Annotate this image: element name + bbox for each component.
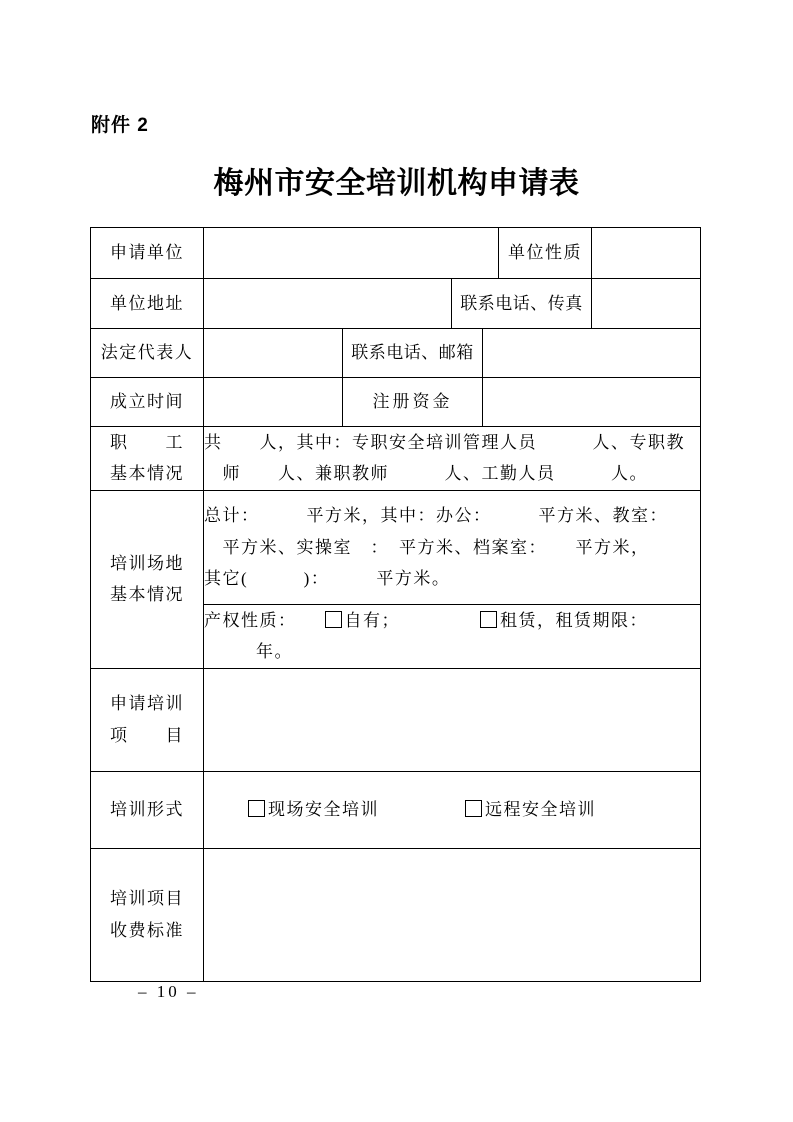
fee-standard-label-line2: 收费标准 xyxy=(91,915,203,946)
legal-representative-label: 法定代表人 xyxy=(91,329,204,378)
application-form-table: 申请单位 单位性质 单位地址 联系电话、传真 法定代表人 联系电话、邮箱 成立时… xyxy=(90,227,701,982)
staff-info-line1: 共 人，其中：专职安全培训管理人员 人、专职教 xyxy=(204,427,700,458)
fee-standard-value-cell[interactable] xyxy=(204,848,701,981)
staff-info-content-cell[interactable]: 共 人，其中：专职安全培训管理人员 人、专职教 师 人、兼职教师 人、工勤人员 … xyxy=(204,427,701,491)
unit-nature-value-cell[interactable] xyxy=(592,228,701,279)
staff-info-label-line1: 职 工 xyxy=(91,427,203,458)
training-site-label: 培训场地 基本情况 xyxy=(91,490,204,668)
option-onsite-label: 现场安全培训 xyxy=(268,800,379,819)
table-row: 培训项目 收费标准 xyxy=(91,848,701,981)
table-row: 法定代表人 联系电话、邮箱 xyxy=(91,329,701,378)
attachment-label: 附件 2 xyxy=(91,110,149,137)
checkbox-rent-icon[interactable] xyxy=(480,611,497,628)
page-number: – 10 – xyxy=(138,982,199,1002)
unit-address-value-cell[interactable] xyxy=(204,279,452,329)
ownership-own-label: 自有； xyxy=(345,611,401,630)
training-form-label: 培训形式 xyxy=(91,771,204,848)
applied-training-items-label-line1: 申请培训 xyxy=(91,688,203,719)
staff-info-label: 职 工 基本情况 xyxy=(91,427,204,491)
site-area-line1: 总计： 平方米，其中：办公： 平方米、教室： xyxy=(204,500,700,531)
table-row: 单位地址 联系电话、传真 xyxy=(91,279,701,329)
document-page: 附件 2 梅州市安全培训机构申请表 申请单位 单位性质 单位地址 联系电话、传真 xyxy=(0,0,793,1122)
table-row: 成立时间 注册资金 xyxy=(91,378,701,427)
registered-capital-value-cell[interactable] xyxy=(483,378,701,427)
checkbox-own-icon[interactable] xyxy=(325,611,342,628)
applied-training-items-value-cell[interactable] xyxy=(204,668,701,771)
staff-info-label-line2: 基本情况 xyxy=(91,458,203,489)
ownership-year-label: 年。 xyxy=(256,642,293,661)
table-row: 培训形式 现场安全培训远程安全培训 xyxy=(91,771,701,848)
fee-standard-label: 培训项目 收费标准 xyxy=(91,848,204,981)
applicant-unit-value-cell[interactable] xyxy=(204,228,499,279)
checkbox-remote-icon[interactable] xyxy=(465,800,482,817)
fee-standard-label-line1: 培训项目 xyxy=(91,883,203,914)
table-row: 培训场地 基本情况 总计： 平方米，其中：办公： 平方米、教室： 平方米、实操室… xyxy=(91,490,701,604)
site-area-content-cell[interactable]: 总计： 平方米，其中：办公： 平方米、教室： 平方米、实操室 ： 平方米、档案室… xyxy=(204,490,701,604)
registered-capital-label: 注册资金 xyxy=(343,378,483,427)
site-area-line2: 平方米、实操室 ： 平方米、档案室： 平方米， xyxy=(204,532,700,563)
legal-representative-value-cell[interactable] xyxy=(204,329,343,378)
staff-info-line2: 师 人、兼职教师 人、工勤人员 人。 xyxy=(204,458,700,489)
training-form-options-cell: 现场安全培训远程安全培训 xyxy=(204,771,701,848)
applicant-unit-label: 申请单位 xyxy=(91,228,204,279)
ownership-rent-label: 租赁，租赁期限： xyxy=(500,611,648,630)
table-row: 申请培训 项 目 xyxy=(91,668,701,771)
ownership-cell: 产权性质：自有；租赁，租赁期限：年。 xyxy=(204,604,701,668)
establish-date-value-cell[interactable] xyxy=(204,378,343,427)
site-area-line3: 其它( )： 平方米。 xyxy=(204,563,700,594)
table-row: 申请单位 单位性质 xyxy=(91,228,701,279)
table-row: 职 工 基本情况 共 人，其中：专职安全培训管理人员 人、专职教 师 人、兼职教… xyxy=(91,427,701,491)
phone-email-value-cell[interactable] xyxy=(483,329,701,378)
phone-fax-value-cell[interactable] xyxy=(592,279,701,329)
unit-nature-label: 单位性质 xyxy=(499,228,592,279)
page-title: 梅州市安全培训机构申请表 xyxy=(0,158,793,202)
applied-training-items-label-line2: 项 目 xyxy=(91,720,203,751)
option-remote-label: 远程安全培训 xyxy=(485,800,596,819)
checkbox-onsite-icon[interactable] xyxy=(248,800,265,817)
ownership-label: 产权性质： xyxy=(204,611,297,630)
training-site-label-line1: 培训场地 xyxy=(91,548,203,579)
phone-fax-label: 联系电话、传真 xyxy=(452,279,592,329)
phone-email-label: 联系电话、邮箱 xyxy=(343,329,483,378)
applied-training-items-label: 申请培训 项 目 xyxy=(91,668,204,771)
establish-date-label: 成立时间 xyxy=(91,378,204,427)
unit-address-label: 单位地址 xyxy=(91,279,204,329)
training-site-label-line2: 基本情况 xyxy=(91,579,203,610)
